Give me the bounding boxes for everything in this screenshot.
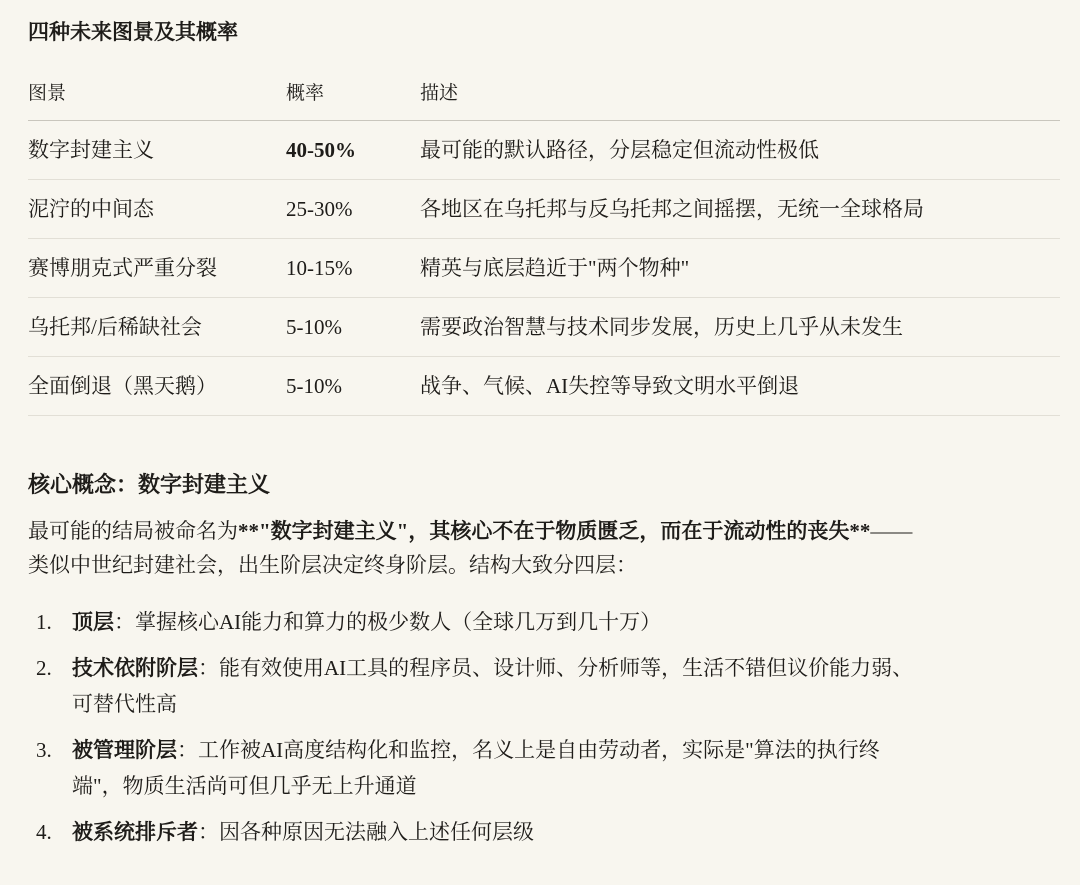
scenario-cell: 全面倒退（黑天鹅） bbox=[28, 374, 286, 398]
paragraph-run: 最可能的结局被命名为 bbox=[28, 519, 238, 543]
tier-list-item: 2.技术依附阶层：能有效使用AI工具的程序员、设计师、分析师等，生活不错但议价能… bbox=[28, 650, 1052, 722]
tier-list-item: 1.顶层：掌握核心AI能力和算力的极少数人（全球几万到几十万） bbox=[28, 604, 1052, 640]
paragraph-bold-run: **"数字封建主义"，其核心不在于物质匮乏，而在于流动性的丧失** bbox=[238, 519, 870, 543]
table-row: 乌托邦/后稀缺社会5-10%需要政治智慧与技术同步发展，历史上几乎从未发生 bbox=[28, 298, 1060, 357]
list-number: 2. bbox=[28, 650, 72, 722]
description-cell: 精英与底层趋近于"两个物种" bbox=[420, 256, 1060, 280]
paragraph-run: 类似中世纪封建社会，出生阶层决定终身阶层。结构大致分四层： bbox=[28, 553, 637, 577]
tier-text: ：掌握核心AI能力和算力的极少数人（全球几万到几十万） bbox=[114, 610, 661, 634]
column-header-scenario: 图景 bbox=[28, 84, 286, 103]
description-cell: 需要政治智慧与技术同步发展，历史上几乎从未发生 bbox=[420, 315, 1060, 339]
scenario-cell: 乌托邦/后稀缺社会 bbox=[28, 315, 286, 339]
document-title: 四种未来图景及其概率 bbox=[28, 22, 1052, 43]
table-row: 赛博朋克式严重分裂10-15%精英与底层趋近于"两个物种" bbox=[28, 239, 1060, 298]
tier-content: 顶层：掌握核心AI能力和算力的极少数人（全球几万到几十万） bbox=[72, 604, 1052, 640]
list-number: 3. bbox=[28, 732, 72, 804]
scenarios-table: 图景 概率 描述 数字封建主义40-50%最可能的默认路径，分层稳定但流动性极低… bbox=[28, 43, 1060, 416]
table-header-row: 图景 概率 描述 bbox=[28, 43, 1060, 121]
column-header-probability: 概率 bbox=[286, 84, 420, 103]
description-cell: 战争、气候、AI失控等导致文明水平倒退 bbox=[420, 374, 1060, 398]
paragraph-run: —— bbox=[870, 519, 912, 543]
tier-content: 技术依附阶层：能有效使用AI工具的程序员、设计师、分析师等，生活不错但议价能力弱… bbox=[72, 650, 1052, 722]
tier-text: ：能有效使用AI工具的程序员、设计师、分析师等，生活不错但议价能力弱、 bbox=[198, 656, 913, 680]
list-number: 1. bbox=[28, 604, 72, 640]
concept-heading: 核心概念：数字封建主义 bbox=[28, 473, 1052, 497]
tier-term: 被管理阶层 bbox=[72, 738, 177, 762]
probability-cell: 40-50% bbox=[286, 138, 420, 162]
column-header-description: 描述 bbox=[420, 84, 1060, 103]
tier-text: 可替代性高 bbox=[72, 692, 177, 716]
table-row: 全面倒退（黑天鹅）5-10%战争、气候、AI失控等导致文明水平倒退 bbox=[28, 357, 1060, 416]
tier-list: 1.顶层：掌握核心AI能力和算力的极少数人（全球几万到几十万）2.技术依附阶层：… bbox=[28, 604, 1052, 850]
tier-content: 被管理阶层：工作被AI高度结构化和监控，名义上是自由劳动者，实际是"算法的执行终… bbox=[72, 732, 1052, 804]
list-number: 4. bbox=[28, 814, 72, 850]
tier-text: ：因各种原因无法融入上述任何层级 bbox=[198, 820, 534, 844]
probability-cell: 25-30% bbox=[286, 197, 420, 221]
description-cell: 最可能的默认路径，分层稳定但流动性极低 bbox=[420, 138, 1060, 162]
table-row: 数字封建主义40-50%最可能的默认路径，分层稳定但流动性极低 bbox=[28, 121, 1060, 180]
description-cell: 各地区在乌托邦与反乌托邦之间摇摆，无统一全球格局 bbox=[420, 197, 1060, 221]
tier-list-item: 4.被系统排斥者：因各种原因无法融入上述任何层级 bbox=[28, 814, 1052, 850]
tier-text: 端"，物质生活尚可但几乎无上升通道 bbox=[72, 774, 417, 798]
scenario-cell: 数字封建主义 bbox=[28, 138, 286, 162]
tier-term: 顶层 bbox=[72, 610, 114, 634]
concept-paragraph: 最可能的结局被命名为**"数字封建主义"，其核心不在于物质匮乏，而在于流动性的丧… bbox=[28, 514, 1038, 582]
table-row: 泥泞的中间态25-30%各地区在乌托邦与反乌托邦之间摇摆，无统一全球格局 bbox=[28, 180, 1060, 239]
scenario-cell: 泥泞的中间态 bbox=[28, 197, 286, 221]
tier-list-item: 3.被管理阶层：工作被AI高度结构化和监控，名义上是自由劳动者，实际是"算法的执… bbox=[28, 732, 1052, 804]
document-page: 四种未来图景及其概率 图景 概率 描述 数字封建主义40-50%最可能的默认路径… bbox=[0, 0, 1080, 885]
tier-term: 技术依附阶层 bbox=[72, 656, 198, 680]
scenario-cell: 赛博朋克式严重分裂 bbox=[28, 256, 286, 280]
probability-cell: 5-10% bbox=[286, 374, 420, 398]
tier-content: 被系统排斥者：因各种原因无法融入上述任何层级 bbox=[72, 814, 1052, 850]
probability-cell: 5-10% bbox=[286, 315, 420, 339]
table-body: 数字封建主义40-50%最可能的默认路径，分层稳定但流动性极低泥泞的中间态25-… bbox=[28, 121, 1060, 416]
tier-text: ：工作被AI高度结构化和监控，名义上是自由劳动者，实际是"算法的执行终 bbox=[177, 738, 880, 762]
tier-term: 被系统排斥者 bbox=[72, 820, 198, 844]
probability-cell: 10-15% bbox=[286, 256, 420, 280]
